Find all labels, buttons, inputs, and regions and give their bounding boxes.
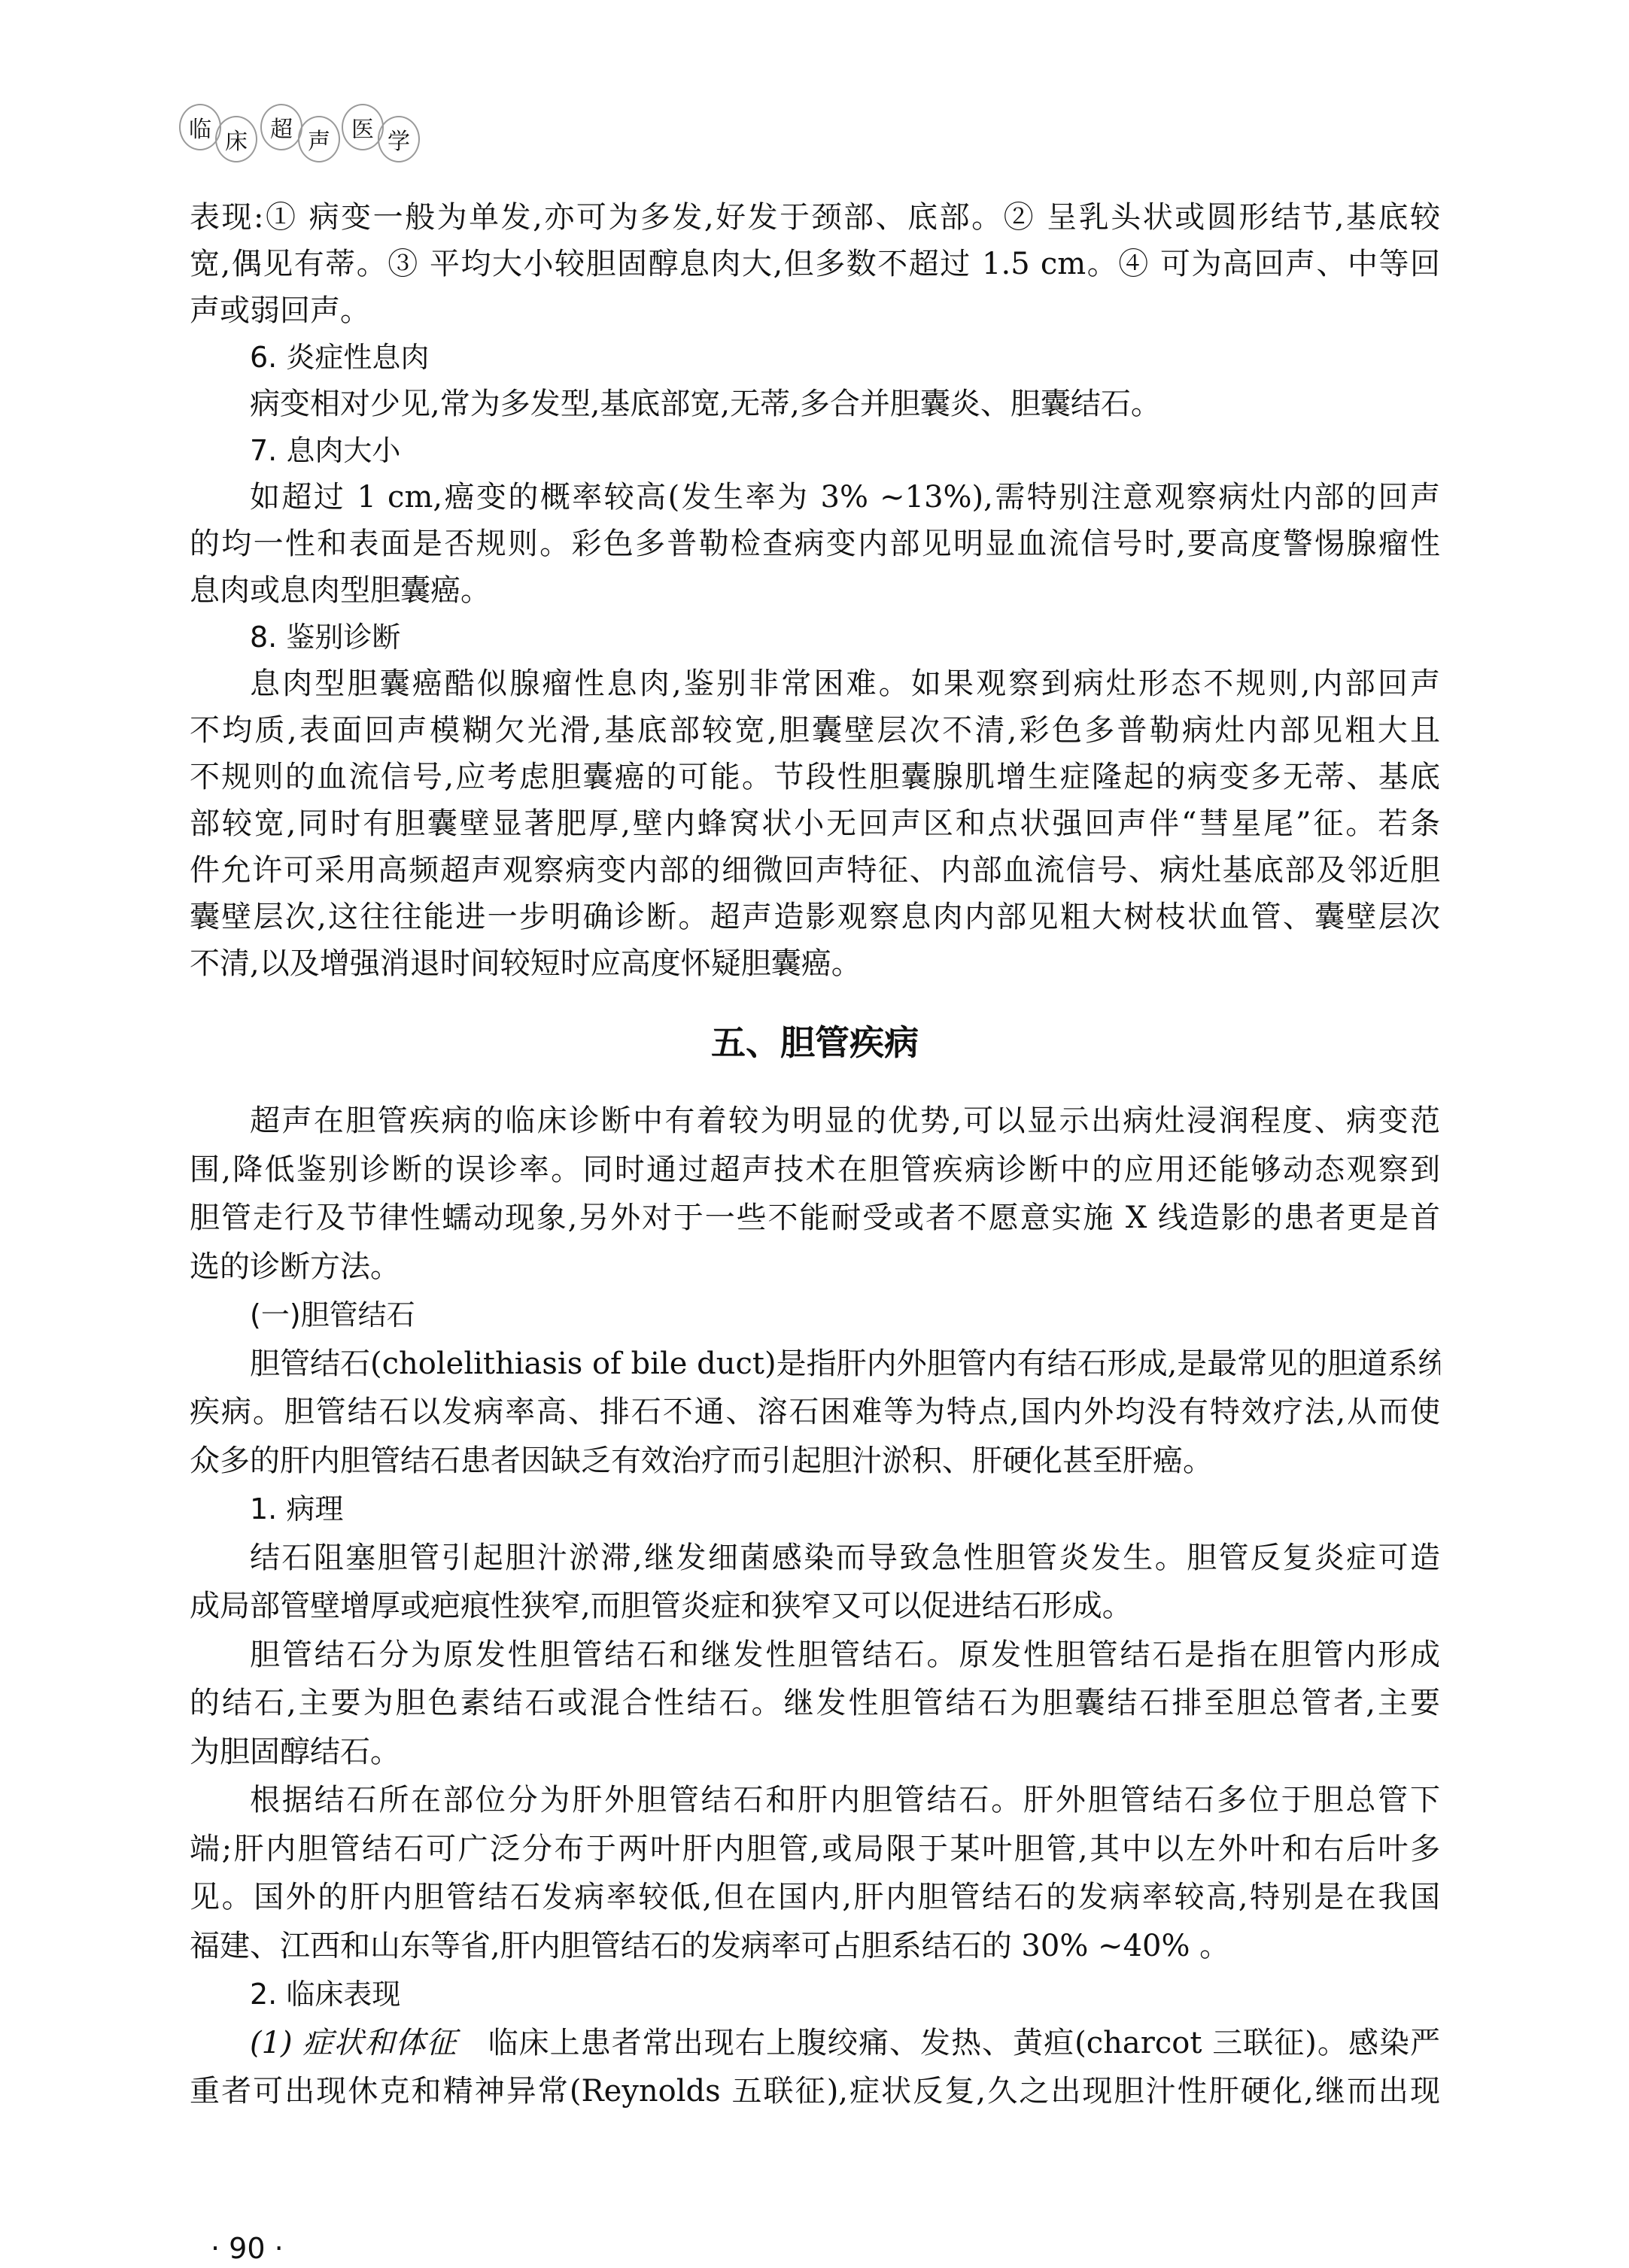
paragraph-line: 超声在胆管疾病的临床诊断中有着较为明显的优势,可以显示出病灶浸润程度、病变范: [190, 1097, 1440, 1146]
running-header: 临 床 超 声 医 学: [179, 104, 435, 164]
paragraph-line: 端;肝内胆管结石可广泛分布于两叶肝内胆管,或局限于某叶胆管,其中以左外叶和右后叶…: [190, 1825, 1440, 1874]
subheading: 8. 鉴别诊断: [190, 614, 1440, 660]
paragraph-line: 宽,偶见有蒂。③ 平均大小较胆固醇息肉大,但多数不超过 1.5 cm。④ 可为高…: [190, 241, 1440, 287]
subheading: 1. 病理: [190, 1485, 1440, 1534]
paragraph-line: 如超过 1 cm,癌变的概率较高(发生率为 3% ~13%),需特别注意观察病灶…: [190, 474, 1440, 521]
paragraph-line: 胆管结石分为原发性胆管结石和继发性胆管结石。原发性胆管结石是指在胆管内形成: [190, 1631, 1440, 1680]
header-char-6: 学: [378, 116, 420, 162]
upper-text-block: 表现:① 病变一般为单发,亦可为多发,好发于颈部、底部。② 呈乳头状或圆形结节,…: [190, 194, 1440, 987]
paragraph-line: 胆管走行及节律性蠕动现象,另外对于一些不能耐受或者不愿意实施 X 线造影的患者更…: [190, 1194, 1440, 1243]
subheading: 6. 炎症性息肉: [190, 334, 1440, 381]
paragraph-line: 疾病。胆管结石以发病率高、排石不通、溶石困难等为特点,国内外均没有特效疗法,从而…: [190, 1388, 1440, 1437]
paragraph-text: 临床上患者常出现右上腹绞痛、发热、黄疸(charcot 三联征)。感染严: [457, 2026, 1440, 2060]
paragraph-line: 的结石,主要为胆色素结石或混合性结石。继发性胆管结石为胆囊结石排至胆总管者,主要: [190, 1679, 1440, 1728]
paragraph-line: 病变相对少见,常为多发型,基底部宽,无蒂,多合并胆囊炎、胆囊结石。: [190, 381, 1440, 427]
paragraph-line: 见。国外的肝内胆管结石发病率较低,但在国内,肝内胆管结石的发病率较高,特别是在我…: [190, 1873, 1440, 1922]
subheading: (一)胆管结石: [190, 1291, 1440, 1340]
paragraph-line: 的均一性和表面是否规则。彩色多普勒检查病变内部见明显血流信号时,要高度警惕腺瘤性: [190, 521, 1440, 567]
paragraph-line: 围,降低鉴别诊断的误诊率。同时通过超声技术在胆管疾病诊断中的应用还能够动态观察到: [190, 1146, 1440, 1195]
paragraph-line: 胆管结石(cholelithiasis of bile duct)是指肝内外胆管…: [190, 1340, 1440, 1389]
paragraph-line: 福建、江西和山东等省,肝内胆管结石的发病率可占胆系结石的 30% ~40% 。: [190, 1922, 1440, 1971]
subheading: 2. 临床表现: [190, 1970, 1440, 2019]
paragraph-line: 声或弱回声。: [190, 287, 1440, 334]
paragraph-line: 件允许可采用高频超声观察病变内部的细微回声特征、内部血流信号、病灶基底部及邻近胆: [190, 847, 1440, 894]
paragraph-line: 选的诊断方法。: [190, 1243, 1440, 1292]
paragraph-line: 重者可出现休克和精神异常(Reynolds 五联征),症状反复,久之出现胆汁性肝…: [190, 2067, 1440, 2116]
paragraph-line: 结石阻塞胆管引起胆汁淤滞,继发细菌感染而导致急性胆管炎发生。胆管反复炎症可造: [190, 1534, 1440, 1583]
paragraph-line: 部较宽,同时有胆囊壁显著肥厚,壁内蜂窝状小无回声区和点状强回声伴“彗星尾”征。若…: [190, 800, 1440, 847]
paragraph-line: 囊壁层次,这往往能进一步明确诊断。超声造影观察息肉内部见粗大树枝状血管、囊壁层次: [190, 894, 1440, 940]
subheading: 7. 息肉大小: [190, 427, 1440, 474]
paragraph-line: 不清,以及增强消退时间较短时应高度怀疑胆囊癌。: [190, 940, 1440, 987]
section-heading: 五、胆管疾病: [190, 1020, 1440, 1065]
page-body: 表现:① 病变一般为单发,亦可为多发,好发于颈部、底部。② 呈乳头状或圆形结节,…: [190, 194, 1440, 2116]
paragraph-line: (1) 症状和体征 临床上患者常出现右上腹绞痛、发热、黄疸(charcot 三联…: [190, 2019, 1440, 2068]
paragraph-line: 息肉或息肉型胆囊癌。: [190, 567, 1440, 614]
paragraph-line: 不规则的血流信号,应考虑胆囊癌的可能。节段性胆囊腺肌增生症隆起的病变多无蒂、基底: [190, 754, 1440, 800]
paragraph-line: 成局部管壁增厚或疤痕性狭窄,而胆管炎症和狭窄又可以促进结石形成。: [190, 1582, 1440, 1631]
header-char-3: 超: [260, 104, 302, 150]
page-number: · 90 ·: [211, 2230, 284, 2266]
paragraph-line: 息肉型胆囊癌酷似腺瘤性息肉,鉴别非常困难。如果观察到病灶形态不规则,内部回声: [190, 660, 1440, 707]
header-char-2: 床: [215, 116, 257, 162]
paragraph-line: 不均质,表面回声模糊欠光滑,基底部较宽,胆囊壁层次不清,彩色多普勒病灶内部见粗大…: [190, 707, 1440, 754]
paragraph-line: 为胆固醇结石。: [190, 1728, 1440, 1777]
paragraph-line: 表现:① 病变一般为单发,亦可为多发,好发于颈部、底部。② 呈乳头状或圆形结节,…: [190, 194, 1440, 241]
header-char-4: 声: [298, 116, 340, 162]
inline-heading: (1) 症状和体征: [250, 2026, 457, 2060]
paragraph-line: 众多的肝内胆管结石患者因缺乏有效治疗而引起胆汁淤积、肝硬化甚至肝癌。: [190, 1437, 1440, 1486]
paragraph-line: 根据结石所在部位分为肝外胆管结石和肝内胆管结石。肝外胆管结石多位于胆总管下: [190, 1776, 1440, 1825]
lower-text-block: 超声在胆管疾病的临床诊断中有着较为明显的优势,可以显示出病灶浸润程度、病变范围,…: [190, 1097, 1440, 2116]
